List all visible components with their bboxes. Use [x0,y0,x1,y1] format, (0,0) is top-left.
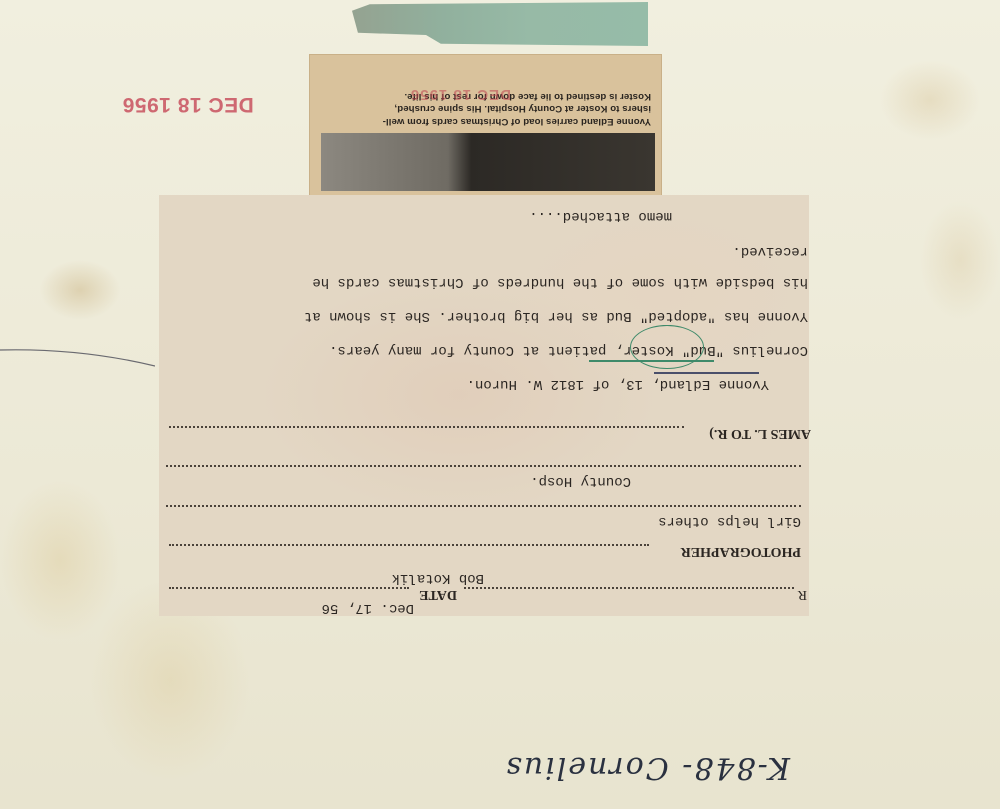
ink-circle-annotation [630,325,704,369]
clipping-caption-line: ishers to Koster at County Hospital. His… [321,102,651,115]
names-label: AMES L. TO R.) [709,425,811,441]
clipping-photo [321,133,655,191]
place-value: County Hosp. [0,473,631,489]
body-line: Yvonne Edland, 13, of 1812 W. Huron. [119,376,769,392]
date-value: Dec. 17, 56 [0,600,414,616]
body-line: memo attached.... [22,208,672,224]
clipping-date-stamp: DEC 18 1956 [410,86,511,103]
dotted-rule [169,587,409,590]
body-line: Cornelius "Bud" Koster, patient at Count… [158,342,808,358]
newspaper-clipping: Yvonne Edland carries load of Christmas … [309,54,662,196]
photographer-value: Bob Kotalik [0,570,484,586]
photographer-label: PHOTOGRAPHER [681,543,801,559]
clipping-caption-line: Yvonne Edland carries load of Christmas … [321,115,651,128]
body-line: his bedside with some of the hundreds of… [158,274,808,290]
body-line: Yvonne has "adopted" Bud as her big brot… [158,308,808,324]
dotted-rule [166,505,801,508]
caption-card: R DATE Dec. 17, 56 Bob Kotalik PHOTOGRAP… [159,195,809,616]
dotted-rule [464,587,794,590]
dotted-rule [166,465,801,468]
body-line: received. [158,243,808,259]
dotted-rule [169,426,684,429]
handwritten-catalog-number: K-848- Cornelius [430,735,790,785]
left-edge-fragment: R [798,586,807,602]
ink-underline [589,361,714,363]
masking-tape [352,2,648,46]
date-stamp: DEC 18 1956 [122,89,254,119]
pencil-mark [0,348,155,368]
dotted-rule [169,544,649,547]
title-value: Girl helps others [151,513,801,529]
date-label: DATE [419,586,457,602]
ink-underline [654,373,759,375]
date-stamp-text: DEC 18 1956 [122,92,254,116]
